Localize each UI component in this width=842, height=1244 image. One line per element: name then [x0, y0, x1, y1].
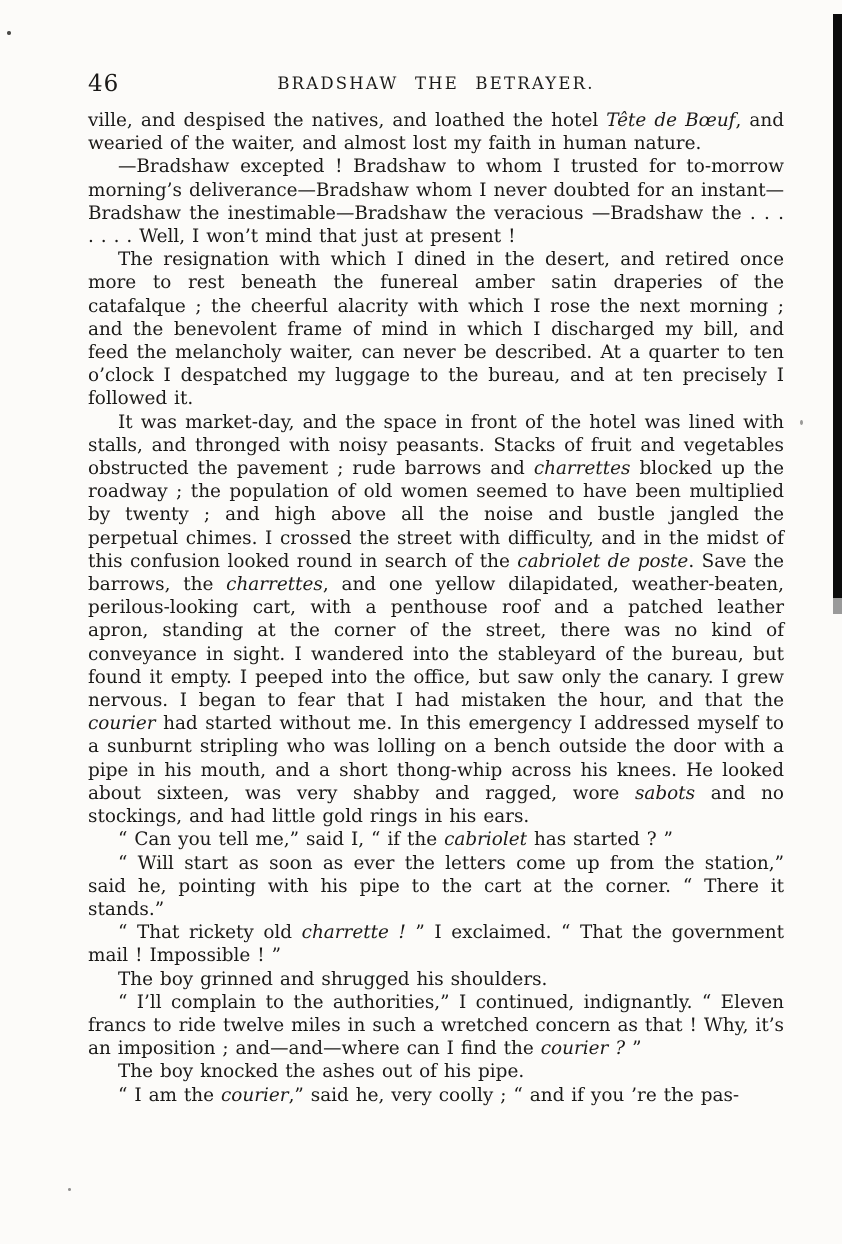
running-title: BRADSHAW THE BETRAYER.	[88, 74, 784, 93]
book-page: 46 BRADSHAW THE BETRAYER. ville, and des…	[0, 0, 842, 1244]
italic-phrase: cabriolet	[444, 829, 527, 850]
text-block: ville, and despised the natives, and loa…	[88, 109, 784, 1107]
text-segment: “ Will start as soon as ever the letters…	[88, 853, 784, 920]
italic-phrase: courier	[88, 713, 156, 734]
italic-phrase: charrettes	[534, 458, 631, 479]
italic-phrase: charrettes	[226, 574, 323, 595]
text-segment: “ I’ll complain to the authorities,” I c…	[88, 992, 784, 1059]
text-segment: ”	[632, 1038, 641, 1059]
paragraph: “ Will start as soon as ever the letters…	[88, 852, 784, 922]
text-segment: The resignation with which I dined in th…	[88, 249, 784, 409]
paragraph: —Bradshaw excepted ! Bradshaw to whom I …	[88, 155, 784, 248]
text-segment: The boy grinned and shrugged his shoulde…	[118, 969, 547, 990]
scan-speck	[68, 1188, 71, 1191]
text-segment: has started ? ”	[527, 829, 673, 850]
paragraph: “ Can you tell me,” said I, “ if the cab…	[88, 828, 784, 851]
text-segment: “ I am the	[118, 1085, 221, 1106]
paragraph: ville, and despised the natives, and loa…	[88, 109, 784, 155]
italic-phrase: cabriolet de poste	[517, 551, 688, 572]
page-header: 46 BRADSHAW THE BETRAYER.	[88, 70, 784, 100]
scan-edge-artifact	[833, 14, 842, 598]
scan-speck	[7, 31, 11, 35]
scan-speck	[800, 420, 803, 425]
text-segment: —Bradshaw excepted ! Bradshaw to whom I …	[88, 156, 784, 247]
text-segment: “ Can you tell me,” said I, “ if the	[118, 829, 444, 850]
paragraph: The boy grinned and shrugged his shoulde…	[88, 968, 784, 991]
paragraph: “ I am the courier,” said he, very cooll…	[88, 1084, 784, 1107]
paragraph: The resignation with which I dined in th…	[88, 248, 784, 410]
text-segment: The boy knocked the ashes out of his pip…	[118, 1061, 524, 1082]
italic-phrase: Tête de Bœuf	[606, 110, 735, 131]
paragraph: “ I’ll complain to the authorities,” I c…	[88, 991, 784, 1061]
italic-phrase: courier ?	[541, 1038, 632, 1059]
paragraph: It was market-day, and the space in fron…	[88, 411, 784, 829]
text-segment: “ That rickety old	[118, 922, 302, 943]
paragraph: “ That rickety old charrette ! ” I excla…	[88, 921, 784, 967]
text-segment: ,” said he, very coolly ; “ and if you ’…	[289, 1085, 740, 1106]
paragraph: The boy knocked the ashes out of his pip…	[88, 1060, 784, 1083]
text-segment: ville, and despised the natives, and loa…	[88, 110, 606, 131]
italic-phrase: charrette !	[302, 922, 406, 943]
italic-phrase: sabots	[635, 783, 695, 804]
italic-phrase: courier	[221, 1085, 289, 1106]
